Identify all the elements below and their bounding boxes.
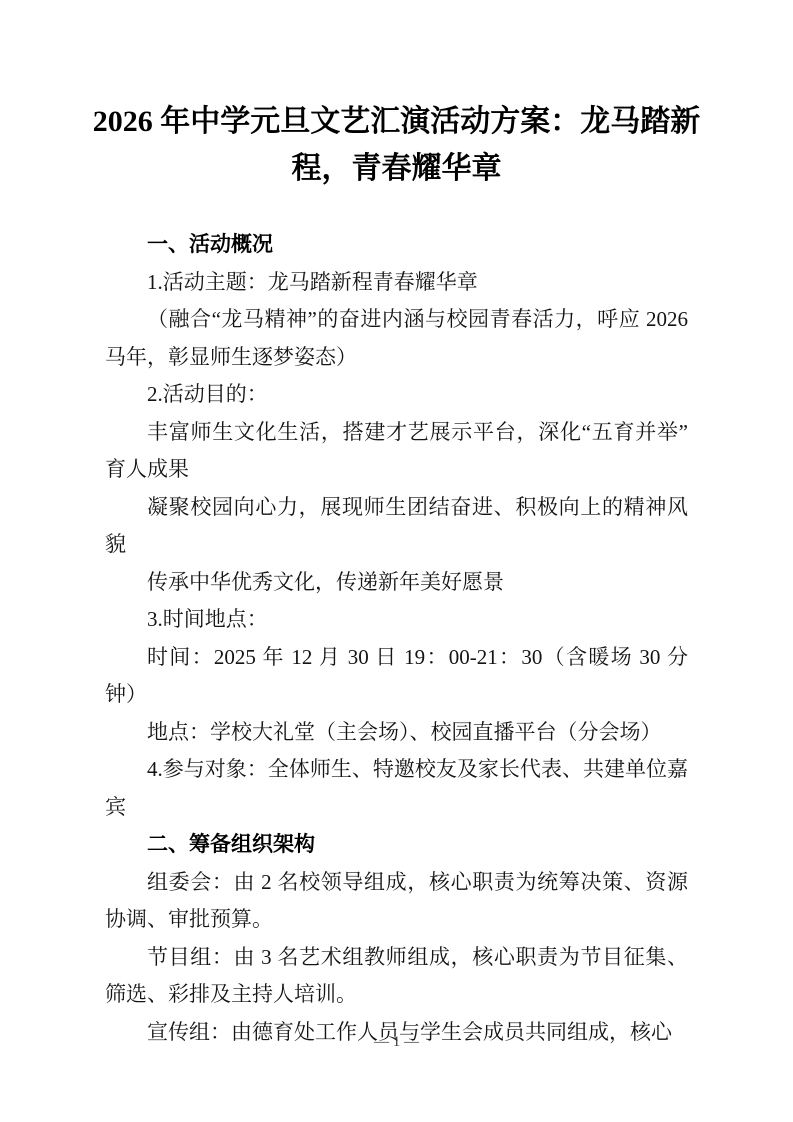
- paragraph-theme-note: （融合“龙马精神”的奋进内涵与校园青春活力，呼应 2026 马年，彰显师生逐梦姿…: [105, 301, 688, 376]
- document-page: 2026 年中学元旦文艺汇演活动方案：龙马踏新程，青春耀华章 一、活动概况 1.…: [0, 0, 793, 1122]
- paragraph-purpose-2: 凝聚校园向心力，展现师生团结奋进、积极向上的精神风貌: [105, 489, 688, 564]
- page-number: — 1 —: [0, 1031, 793, 1053]
- paragraph-time: 时间：2025 年 12 月 30 日 19：00-21：30（含暖场 30 分…: [105, 639, 688, 714]
- paragraph-purpose-1: 丰富师生文化生活，搭建才艺展示平台，深化“五育并举”育人成果: [105, 414, 688, 489]
- paragraph-program-group: 节目组：由 3 名艺术组教师组成，核心职责为节目征集、筛选、彩排及主持人培训。: [105, 939, 688, 1014]
- paragraph-participants: 4.参与对象：全体师生、特邀校友及家长代表、共建单位嘉宾: [105, 751, 688, 826]
- document-title: 2026 年中学元旦文艺汇演活动方案：龙马踏新程，青春耀华章: [86, 98, 707, 192]
- section-heading-overview: 一、活动概况: [105, 226, 688, 264]
- paragraph-purpose-3: 传承中华优秀文化，传递新年美好愿景: [105, 564, 688, 602]
- paragraph-time-place-label: 3.时间地点：: [105, 601, 688, 639]
- paragraph-place: 地点：学校大礼堂（主会场）、校园直播平台（分会场）: [105, 714, 688, 752]
- document-body: 一、活动概况 1.活动主题：龙马踏新程青春耀华章 （融合“龙马精神”的奋进内涵与…: [105, 226, 688, 1051]
- section-heading-organization: 二、筹备组织架构: [105, 826, 688, 864]
- paragraph-committee: 组委会：由 2 名校领导组成，核心职责为统筹决策、资源协调、审批预算。: [105, 864, 688, 939]
- paragraph-purpose-label: 2.活动目的：: [105, 376, 688, 414]
- paragraph-theme: 1.活动主题：龙马踏新程青春耀华章: [105, 264, 688, 302]
